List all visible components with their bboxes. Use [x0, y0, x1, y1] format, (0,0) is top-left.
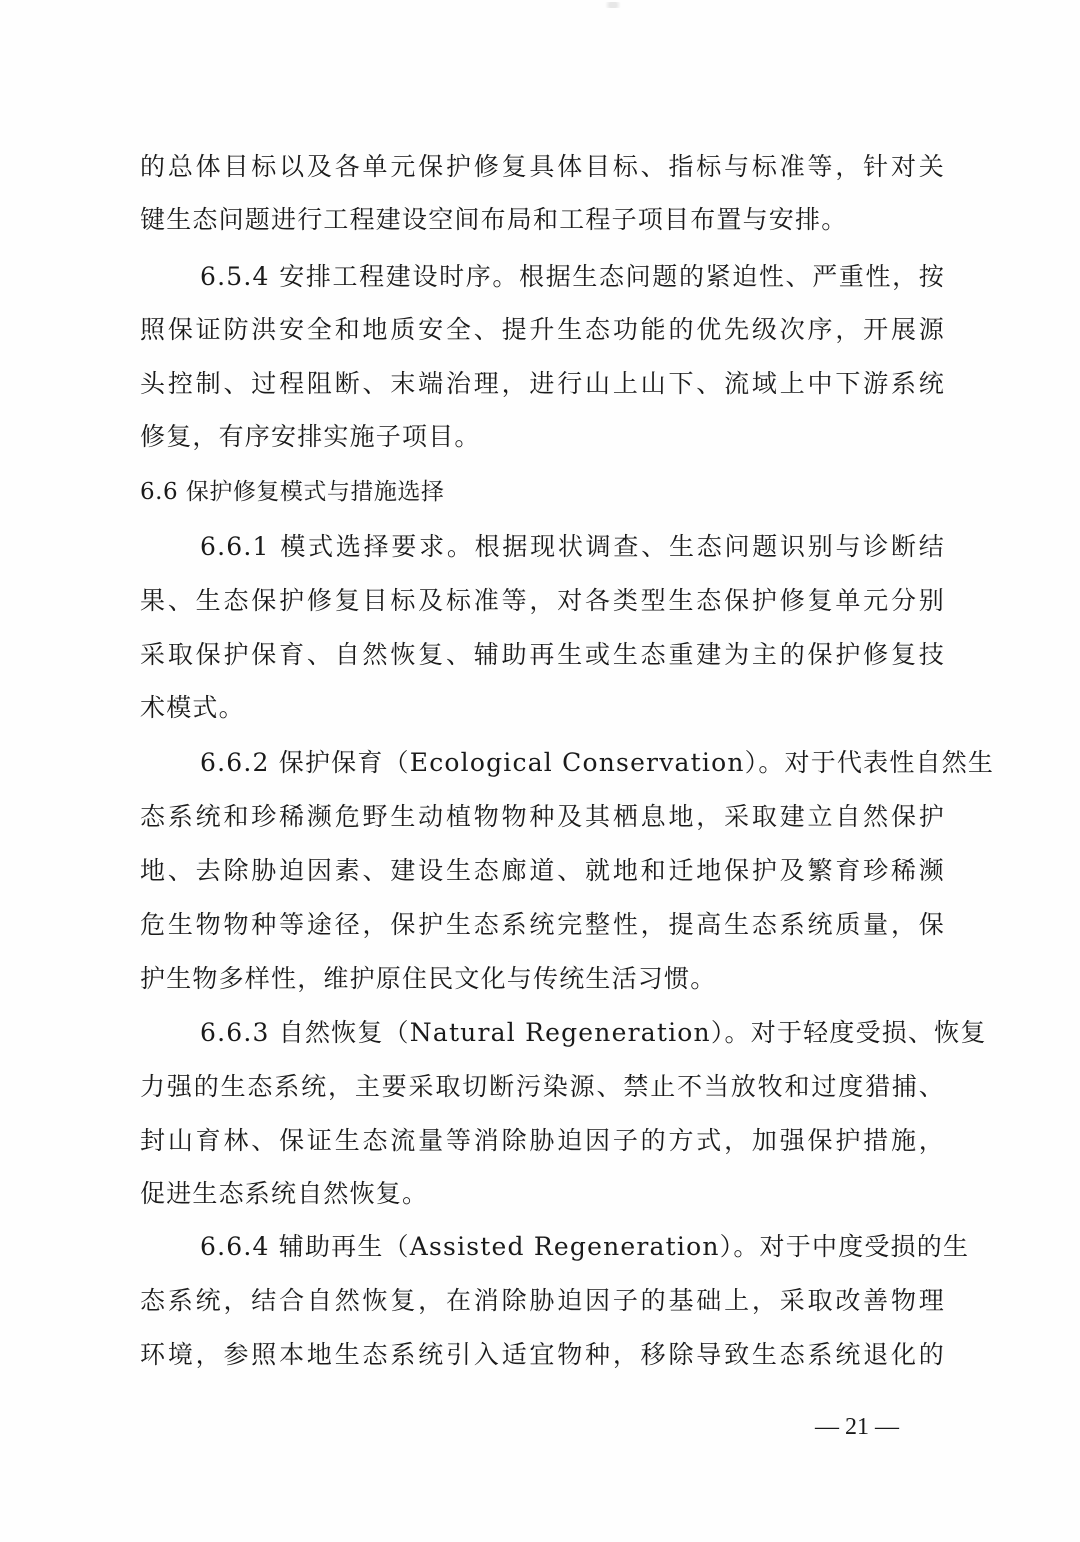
clause-6-6-2-line: 护生物多样性，维护原住民文化与传统生活习惯。 [140, 964, 945, 994]
clause-6-6-3-line: 力强的生态系统，主要采取切断污染源、禁止不当放牧和过度猎捕、 [140, 1072, 945, 1102]
clause-6-6-1-line: 果、生态保护修复目标及标准等，对各类型生态保护修复单元分别 [140, 586, 945, 616]
clause-6-5-4-line: 修复，有序安排实施子项目。 [140, 422, 945, 452]
scan-artifact [602, 2, 624, 8]
clause-6-5-4-line: 6.5.4 安排工程建设时序。根据生态问题的紧迫性、严重性，按 [200, 262, 945, 292]
clause-6-6-2-line: 地、去除胁迫因素、建设生态廊道、就地和迁地保护及繁育珍稀濒 [140, 856, 945, 886]
paragraph-line: 的总体目标以及各单元保护修复具体目标、指标与标准等，针对关 [140, 152, 945, 182]
clause-6-6-3-line: 促进生态系统自然恢复。 [140, 1179, 945, 1209]
clause-6-6-1-line: 6.6.1 模式选择要求。根据现状调查、生态问题识别与诊断结 [200, 532, 945, 562]
clause-6-5-4-line: 头控制、过程阻断、末端治理，进行山上山下、流域上中下游系统 [140, 369, 945, 399]
clause-6-6-2-line: 危生物物种等途径，保护生态系统完整性，提高生态系统质量，保 [140, 910, 945, 940]
clause-6-5-4-line: 照保证防洪安全和地质安全、提升生态功能的优先级次序，开展源 [140, 315, 945, 345]
clause-6-6-4-line: 态系统，结合自然恢复，在消除胁迫因子的基础上，采取改善物理 [140, 1286, 945, 1316]
clause-6-6-4-line: 6.6.4 辅助再生（Assisted Regeneration）。对于中度受损… [200, 1232, 945, 1262]
clause-6-6-1-line: 采取保护保育、自然恢复、辅助再生或生态重建为主的保护修复技 [140, 640, 945, 670]
clause-6-6-2-line: 6.6.2 保护保育（Ecological Conservation）。对于代表… [200, 748, 945, 778]
clause-6-6-1-line: 术模式。 [140, 693, 945, 723]
paragraph-line: 键生态问题进行工程建设空间布局和工程子项目布置与安排。 [140, 205, 945, 235]
clause-6-6-3-line: 封山育林、保证生态流量等消除胁迫因子的方式，加强保护措施， [140, 1126, 945, 1156]
clause-6-6-4-line: 环境，参照本地生态系统引入适宜物种，移除导致生态系统退化的 [140, 1340, 945, 1370]
document-page: 的总体目标以及各单元保护修复具体目标、指标与标准等，针对关 键生态问题进行工程建… [0, 0, 1080, 1542]
page-number: — 21 — [815, 1412, 899, 1442]
section-heading-6-6: 6.6 保护修复模式与措施选择 [140, 477, 444, 507]
clause-6-6-3-line: 6.6.3 自然恢复（Natural Regeneration）。对于轻度受损、… [200, 1018, 945, 1048]
clause-6-6-2-line: 态系统和珍稀濒危野生动植物物种及其栖息地，采取建立自然保护 [140, 802, 945, 832]
